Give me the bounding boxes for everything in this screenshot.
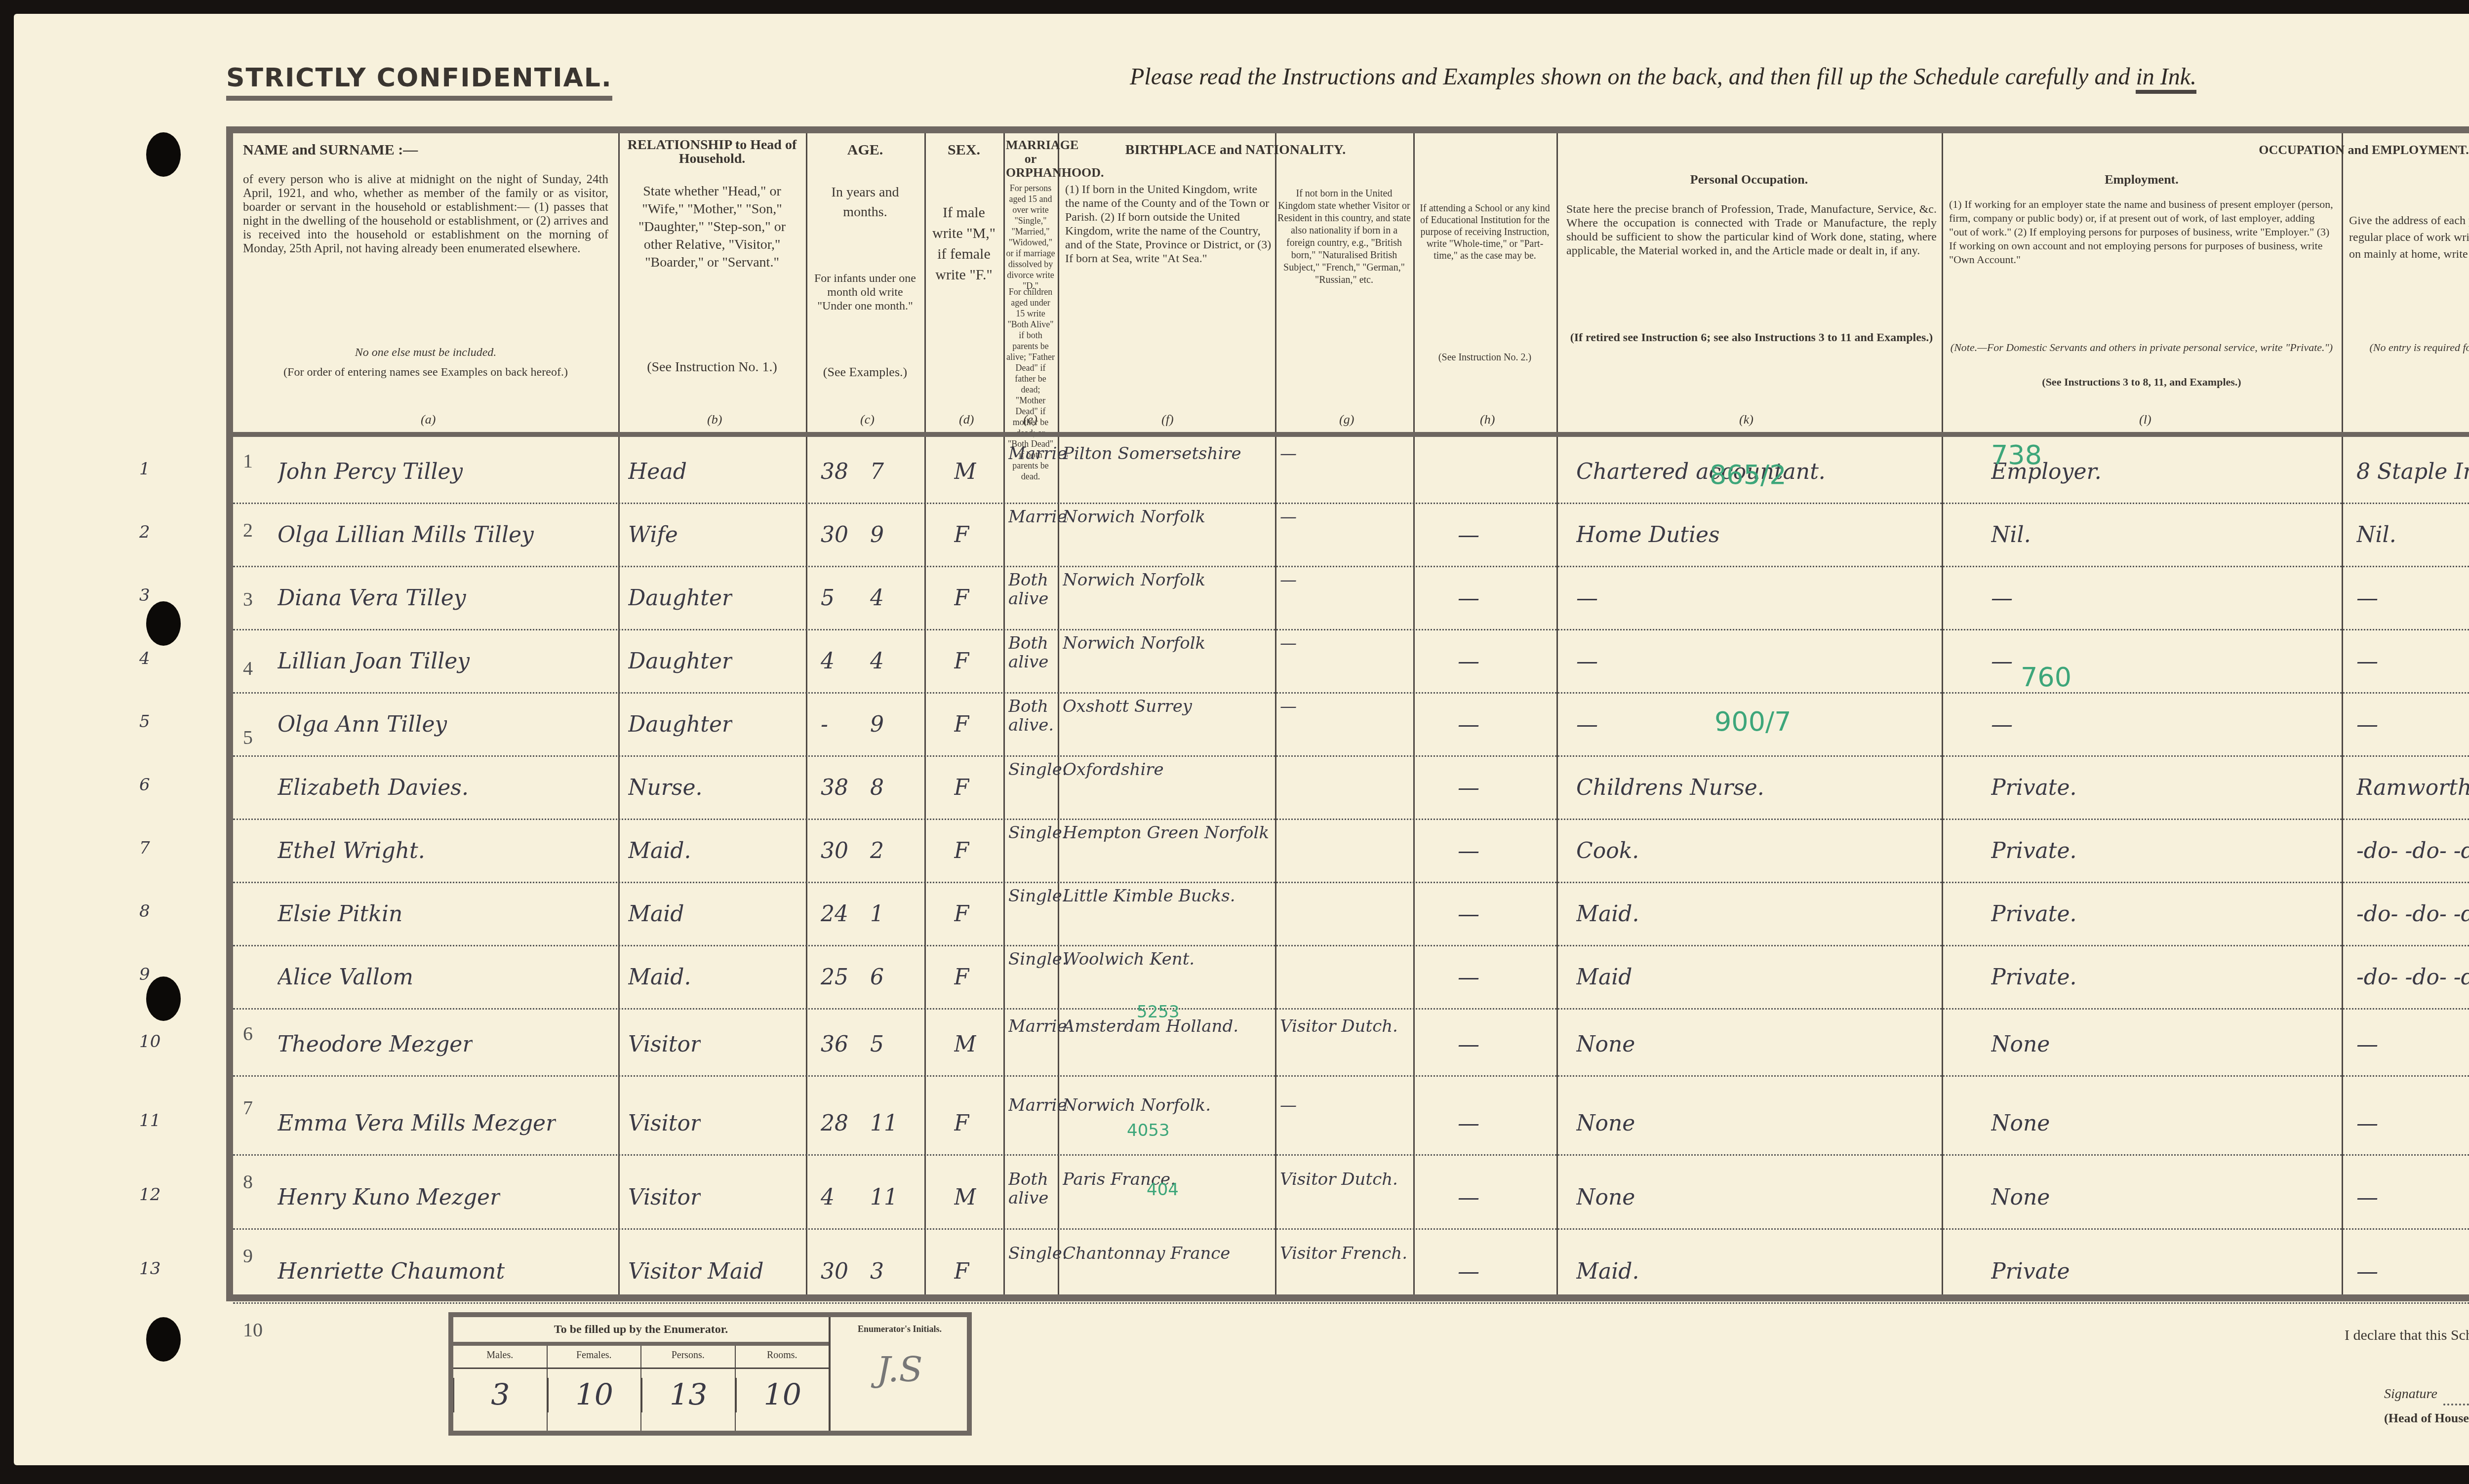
person-employment: None xyxy=(1991,1111,2050,1136)
person-name: Henry Kuno Mezger xyxy=(278,1185,500,1210)
person-name: Henriette Chaumont xyxy=(278,1259,505,1284)
row-divider xyxy=(233,692,2469,694)
header-name-title: NAME and SURNAME :— xyxy=(243,143,608,157)
person-months: 11 xyxy=(870,1111,898,1136)
males-value: 3 xyxy=(453,1378,547,1412)
person-sex: F xyxy=(954,649,969,674)
person-months: 9 xyxy=(870,522,884,547)
person-education: — xyxy=(1458,586,1479,611)
margin-person-number: 1 xyxy=(139,459,150,479)
person-years: 25 xyxy=(821,965,848,990)
persons-label: Persons. xyxy=(641,1346,735,1369)
declaration-text: I declare that this Schedule is correctl… xyxy=(2345,1327,2469,1344)
person-workplace: — xyxy=(2356,1032,2378,1057)
header-name-body: of every person who is alive at midnight… xyxy=(243,173,608,256)
person-name: Emma Vera Mills Mezger xyxy=(278,1111,556,1136)
person-occupation: — xyxy=(1576,649,1598,674)
person-occupation: None xyxy=(1576,1111,1635,1136)
person-employment: — xyxy=(1991,712,2013,737)
instructions-text: Please read the Instructions and Example… xyxy=(1130,64,2136,90)
enumerator-code-annotation: 404 xyxy=(1147,1180,1179,1200)
census-form-table: NAME and SURNAME :— of every person who … xyxy=(226,126,2469,1301)
person-education: — xyxy=(1458,965,1479,990)
person-months: 8 xyxy=(870,775,884,800)
person-birthplace: Chantonnay France xyxy=(1063,1244,1230,1263)
person-marriage: Married xyxy=(1008,444,1068,463)
person-marriage: Single. xyxy=(1008,760,1068,779)
column-letter-e: (e) xyxy=(1023,412,1037,427)
person-months: 1 xyxy=(870,901,884,927)
person-months: 6 xyxy=(870,965,884,990)
header-relationship-see: (See Instruction No. 1.) xyxy=(626,360,798,374)
person-years: 38 xyxy=(821,775,848,800)
header-birthplace-title: BIRTHPLACE and NATIONALITY. xyxy=(1060,143,1411,157)
persons-value: 13 xyxy=(641,1378,735,1412)
person-birthplace: Norwich Norfolk xyxy=(1063,508,1205,526)
margin-person-number: 10 xyxy=(139,1032,160,1052)
person-years: 24 xyxy=(821,901,848,927)
household-number: 3 xyxy=(243,587,253,611)
person-marriage: Married xyxy=(1008,508,1068,526)
col-divider xyxy=(1003,133,1005,1294)
header-nationality-body: If not born in the United Kingdom state … xyxy=(1277,188,1411,286)
margin-person-number: 11 xyxy=(139,1111,160,1131)
strictly-confidential-heading: STRICTLY CONFIDENTIAL. xyxy=(226,63,612,101)
person-birthplace: Pilton Somersetshire xyxy=(1063,444,1241,463)
person-marriage: Single. xyxy=(1008,950,1068,969)
person-sex: F xyxy=(954,522,969,547)
row-divider xyxy=(233,503,2469,504)
person-workplace: Ramworth Oxshott Surrey. xyxy=(2356,775,2469,800)
enumerator-code-annotation: 865/2 xyxy=(1710,459,1787,490)
household-number: 10 xyxy=(243,1318,263,1341)
person-birthplace: Hempton Green Norfolk xyxy=(1063,823,1269,842)
person-name: Ethel Wright. xyxy=(278,838,425,863)
person-relation: Daughter xyxy=(628,586,732,611)
person-employment: Private. xyxy=(1991,775,2077,800)
header-relationship-title: RELATIONSHIP to Head of Household. xyxy=(621,138,803,166)
margin-person-number: 5 xyxy=(139,712,150,732)
header-education-see: (See Instruction No. 2.) xyxy=(1416,351,1554,364)
person-birthplace: Oxfordshire xyxy=(1063,760,1164,779)
person-sex: M xyxy=(954,459,976,484)
enumerator-code-annotation: 900/7 xyxy=(1714,706,1792,737)
person-occupation: Chartered accountant. xyxy=(1576,459,1826,484)
person-months: 2 xyxy=(870,838,884,863)
punch-hole xyxy=(146,1317,181,1362)
person-education: — xyxy=(1458,1032,1479,1057)
row-divider xyxy=(233,1008,2469,1010)
column-letter-g: (g) xyxy=(1339,412,1354,427)
col-divider xyxy=(1275,133,1276,1294)
header-sex-title: SEX. xyxy=(927,143,1001,157)
person-relation: Visitor xyxy=(628,1185,701,1210)
person-birthplace: Norwich Norfolk xyxy=(1063,571,1205,589)
column-letter-d: (d) xyxy=(959,412,974,427)
person-relation: Wife xyxy=(628,522,678,547)
header-marriage-title: MARRIAGE or ORPHANHOOD. xyxy=(1006,138,1055,180)
header-age-title: AGE. xyxy=(808,143,922,157)
margin-person-number: 2 xyxy=(139,522,150,542)
header-education-body: If attending a School or any kind of Edu… xyxy=(1416,202,1554,262)
person-name: Olga Ann Tilley xyxy=(278,712,447,737)
person-relation: Visitor Maid xyxy=(628,1259,763,1284)
person-relation: Head xyxy=(628,459,687,484)
person-sex: F xyxy=(954,1259,969,1284)
header-personal-occupation-see: (If retired see Instruction 6; see also … xyxy=(1566,331,1937,345)
person-years: 5 xyxy=(821,586,835,611)
column-letter-k: (k) xyxy=(1739,412,1753,427)
row-divider xyxy=(233,755,2469,757)
person-occupation: Maid xyxy=(1576,965,1633,990)
in-ink-text: in Ink. xyxy=(2136,64,2196,94)
enumerator-code-annotation: 5253 xyxy=(1137,1002,1180,1022)
person-occupation: — xyxy=(1576,712,1598,737)
person-education: — xyxy=(1458,712,1479,737)
person-education: — xyxy=(1458,1185,1479,1210)
col-divider xyxy=(2342,133,2343,1294)
person-marriage: Married xyxy=(1008,1017,1068,1036)
person-sex: M xyxy=(954,1185,976,1210)
person-nationality: — xyxy=(1280,508,1297,526)
person-workplace: — xyxy=(2356,712,2378,737)
row-divider xyxy=(233,945,2469,946)
person-name: Lillian Joan Tilley xyxy=(278,649,470,674)
row-divider xyxy=(233,1228,2469,1230)
males-label: Males. xyxy=(453,1346,547,1369)
household-number: 4 xyxy=(243,657,253,680)
person-employment: None xyxy=(1991,1032,2050,1057)
person-birthplace: Woolwich Kent. xyxy=(1063,950,1195,969)
person-name: Olga Lillian Mills Tilley xyxy=(278,522,534,547)
punch-hole xyxy=(146,976,181,1021)
person-relation: Visitor xyxy=(628,1111,701,1136)
person-months: 9 xyxy=(870,712,884,737)
person-months: 7 xyxy=(870,459,884,484)
header-workplace-title: Place of Work. xyxy=(2344,173,2469,187)
person-workplace: -do- -do- -do- xyxy=(2356,901,2469,927)
person-months: 4 xyxy=(870,586,884,611)
person-birthplace: Norwich Norfolk xyxy=(1063,634,1205,653)
person-relation: Maid. xyxy=(628,838,691,863)
col-divider xyxy=(806,133,807,1294)
person-sex: M xyxy=(954,1032,976,1057)
header-age-body: In years and months. xyxy=(811,183,919,222)
margin-person-number: 7 xyxy=(139,838,150,858)
person-nationality: — xyxy=(1280,697,1297,716)
person-years: 36 xyxy=(821,1032,848,1057)
person-occupation: Childrens Nurse. xyxy=(1576,775,1764,800)
column-letter-f: (f) xyxy=(1161,412,1174,427)
person-sex: F xyxy=(954,965,969,990)
enumerator-initials-label: Enumerator's Initials. xyxy=(831,1317,969,1334)
household-number: 5 xyxy=(243,726,253,749)
row-divider xyxy=(233,1302,2469,1304)
person-marriage: Both alive. xyxy=(1008,697,1068,735)
person-months: 4 xyxy=(870,649,884,674)
rooms-cell: Rooms.10 xyxy=(735,1346,829,1431)
enumerator-summary-box: To be filled up by the Enumerator. Males… xyxy=(448,1312,972,1436)
person-relation: Maid. xyxy=(628,965,691,990)
rooms-value: 10 xyxy=(736,1378,829,1412)
person-birthplace: Norwich Norfolk. xyxy=(1063,1096,1211,1115)
margin-person-number: 3 xyxy=(139,586,150,605)
margin-person-number: 13 xyxy=(139,1259,160,1279)
signature-label: Signature xyxy=(2384,1386,2437,1402)
person-name: Theodore Mezger xyxy=(278,1032,473,1057)
header-employment-title: Employment. xyxy=(1944,173,2339,187)
header-personal-occupation-title: Personal Occupation. xyxy=(1561,173,1937,187)
person-months: 5 xyxy=(870,1032,884,1057)
col-divider xyxy=(924,133,926,1294)
row-divider xyxy=(233,819,2469,820)
females-cell: Females.10 xyxy=(547,1346,641,1431)
person-sex: F xyxy=(954,838,969,863)
person-workplace: — xyxy=(2356,1111,2378,1136)
person-employment: Nil. xyxy=(1991,522,2031,547)
col-divider xyxy=(1413,133,1415,1294)
person-education: — xyxy=(1458,838,1479,863)
person-nationality: — xyxy=(1280,634,1297,653)
margin-person-number: 8 xyxy=(139,901,150,921)
col-divider xyxy=(1556,133,1558,1294)
enumerator-code-annotation: 760 xyxy=(2021,662,2071,693)
person-occupation: None xyxy=(1576,1032,1635,1057)
person-relation: Visitor xyxy=(628,1032,701,1057)
header-occupation-title: OCCUPATION and EMPLOYMENT. xyxy=(1561,143,2469,157)
person-occupation: None xyxy=(1576,1185,1635,1210)
person-nationality: — xyxy=(1280,444,1297,463)
person-workplace: 8 Staple Inn, London W.C.1 xyxy=(2356,459,2469,484)
person-nationality: Visitor Dutch. xyxy=(1280,1170,1398,1189)
person-employment: Private. xyxy=(1991,901,2077,927)
person-name: Elsie Pitkin xyxy=(278,901,402,927)
person-education: — xyxy=(1458,649,1479,674)
header-employment-note: (Note.—For Domestic Servants and others … xyxy=(1949,341,2334,354)
person-workplace: — xyxy=(2356,1259,2378,1284)
person-marriage: Both alive xyxy=(1008,634,1068,671)
signature-line xyxy=(2443,1404,2469,1406)
person-nationality: Visitor Dutch. xyxy=(1280,1017,1398,1036)
rooms-label: Rooms. xyxy=(736,1346,829,1369)
person-name: John Percy Tilley xyxy=(278,459,463,484)
person-education: — xyxy=(1458,1111,1479,1136)
column-letter-a: (a) xyxy=(421,412,436,427)
person-years: 30 xyxy=(821,838,848,863)
header-workplace-body: Give the address of each person's place … xyxy=(2349,212,2469,263)
header-employment-body: (1) If working for an employer state the… xyxy=(1949,197,2334,267)
person-years: - xyxy=(821,712,828,737)
person-workplace: -do- -do- -do- xyxy=(2356,965,2469,990)
person-occupation: Home Duties xyxy=(1576,522,1720,547)
person-occupation: Maid. xyxy=(1576,901,1639,927)
person-years: 4 xyxy=(821,649,835,674)
person-workplace: Nil. xyxy=(2356,522,2396,547)
header-workplace-note: (No entry is required for any person who… xyxy=(2349,341,2469,354)
column-letter-c: (c) xyxy=(860,412,875,427)
row-divider xyxy=(233,882,2469,883)
enumerator-box-title: To be filled up by the Enumerator. xyxy=(453,1317,829,1346)
col-divider xyxy=(1942,133,1943,1294)
person-sex: F xyxy=(954,1111,969,1136)
person-relation: Nurse. xyxy=(628,775,702,800)
person-nationality: — xyxy=(1280,1096,1297,1115)
person-months: 3 xyxy=(870,1259,884,1284)
females-label: Females. xyxy=(548,1346,641,1369)
person-education: — xyxy=(1458,1259,1479,1284)
person-sex: F xyxy=(954,775,969,800)
person-relation: Daughter xyxy=(628,649,732,674)
person-employment: Private xyxy=(1991,1259,2070,1284)
instructions-line: Please read the Instructions and Example… xyxy=(1130,63,2196,90)
person-employment: None xyxy=(1991,1185,2050,1210)
household-number: 8 xyxy=(243,1170,253,1193)
margin-person-number: 4 xyxy=(139,649,150,668)
household-number: 6 xyxy=(243,1022,253,1045)
person-years: 38 xyxy=(821,459,848,484)
header-age-infants: For infants under one month old write "U… xyxy=(811,272,919,313)
column-letter-b: (b) xyxy=(707,412,722,427)
column-letter-l: (l) xyxy=(2139,412,2151,427)
header-relationship-body: State whether "Head," or "Wife," "Mother… xyxy=(626,183,798,272)
person-workplace: — xyxy=(2356,1185,2378,1210)
row-divider xyxy=(233,1154,2469,1156)
header-age-see: (See Examples.) xyxy=(811,365,919,379)
person-relation: Daughter xyxy=(628,712,732,737)
person-employment: Private. xyxy=(1991,838,2077,863)
header-divider xyxy=(233,432,2469,437)
person-workplace: -do- -do- -do- xyxy=(2356,838,2469,863)
household-number: 1 xyxy=(243,449,253,472)
person-sex: F xyxy=(954,586,969,611)
header-birthplace-body: (1) If born in the United Kingdom, write… xyxy=(1065,183,1273,266)
margin-person-number: 6 xyxy=(139,775,150,795)
person-nationality: — xyxy=(1280,571,1297,589)
person-workplace: — xyxy=(2356,649,2378,674)
person-workplace: — xyxy=(2356,586,2378,611)
col-divider xyxy=(618,133,620,1294)
person-education: — xyxy=(1458,901,1479,927)
census-schedule-page: STRICTLY CONFIDENTIAL. Please read the I… xyxy=(14,14,2469,1465)
enumerator-counts: Males.3 Females.10 Persons.13 Rooms.10 xyxy=(453,1346,829,1431)
header-sex-body: If male write "M," if female write "F." xyxy=(929,202,998,285)
household-number: 2 xyxy=(243,518,253,542)
header-name-order: (For order of entering names see Example… xyxy=(243,365,608,379)
person-marriage: Both alive xyxy=(1008,1170,1068,1208)
column-letter-h: (h) xyxy=(1480,412,1495,427)
person-education: — xyxy=(1458,522,1479,547)
signature-footer: (Head of Household, Manager of Establish… xyxy=(2384,1411,2469,1426)
person-nationality: Visitor French. xyxy=(1280,1244,1407,1263)
person-name: Diana Vera Tilley xyxy=(278,586,466,611)
enumerator-code-annotation: 4053 xyxy=(1127,1121,1170,1140)
person-birthplace: Oxshott Surrey xyxy=(1063,697,1192,716)
enumerator-initials-cell: Enumerator's Initials. J.S xyxy=(829,1317,969,1431)
punch-hole xyxy=(146,132,181,177)
person-name: Alice Vallom xyxy=(278,965,413,990)
header-name-note: No one else must be included. xyxy=(243,346,608,359)
person-months: 11 xyxy=(870,1185,898,1210)
header-personal-occupation-body: State here the precise branch of Profess… xyxy=(1566,202,1937,258)
females-value: 10 xyxy=(548,1378,641,1412)
persons-cell: Persons.13 xyxy=(640,1346,735,1431)
punch-hole xyxy=(146,601,181,646)
row-divider xyxy=(233,1075,2469,1077)
person-occupation: — xyxy=(1576,586,1598,611)
person-years: 30 xyxy=(821,1259,848,1284)
row-divider xyxy=(233,629,2469,630)
row-divider xyxy=(233,566,2469,567)
person-sex: F xyxy=(954,712,969,737)
header-marriage-body: For persons aged 15 and over write "Sing… xyxy=(1006,183,1055,291)
enumerator-initials-value: J.S xyxy=(831,1349,969,1390)
enumerator-code-annotation: 738 xyxy=(1991,439,2042,470)
person-employment: Private. xyxy=(1991,965,2077,990)
person-marriage: Single. xyxy=(1008,1244,1068,1263)
person-name: Elizabeth Davies. xyxy=(278,775,469,800)
margin-person-number: 9 xyxy=(139,965,150,984)
person-marriage: Both alive xyxy=(1008,571,1068,608)
margin-person-number: 12 xyxy=(139,1185,160,1205)
males-cell: Males.3 xyxy=(453,1346,547,1431)
person-occupation: Maid. xyxy=(1576,1259,1639,1284)
household-number: 9 xyxy=(243,1244,253,1267)
person-birthplace: Little Kimble Bucks. xyxy=(1063,887,1235,905)
header-employment-see: (See Instructions 3 to 8, 11, and Exampl… xyxy=(1949,375,2334,389)
person-education: — xyxy=(1458,775,1479,800)
person-sex: F xyxy=(954,901,969,927)
person-years: 28 xyxy=(821,1111,848,1136)
person-years: 4 xyxy=(821,1185,835,1210)
person-employment: — xyxy=(1991,586,2013,611)
person-marriage: Single. xyxy=(1008,887,1068,905)
household-number: 7 xyxy=(243,1096,253,1119)
person-years: 30 xyxy=(821,522,848,547)
person-relation: Maid xyxy=(628,901,684,927)
person-marriage: Married xyxy=(1008,1096,1068,1115)
person-marriage: Single. xyxy=(1008,823,1068,842)
person-employment: — xyxy=(1991,649,2013,674)
person-occupation: Cook. xyxy=(1576,838,1639,863)
